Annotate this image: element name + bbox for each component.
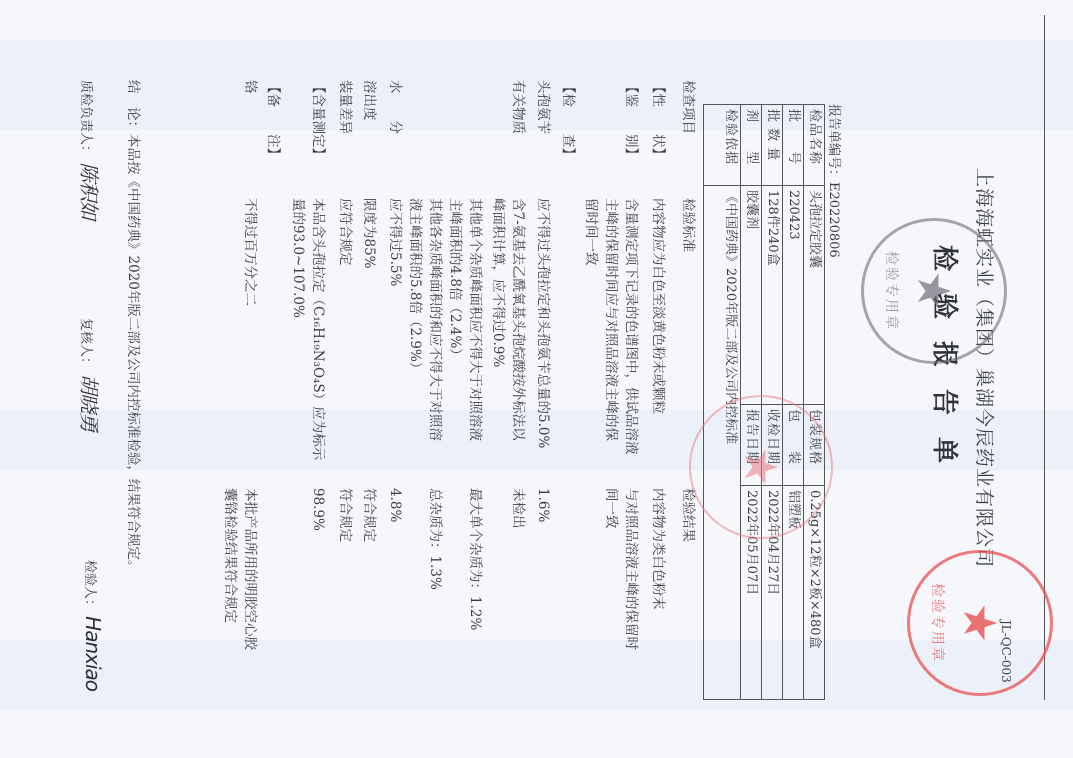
column-header-item: 检查项目 — [678, 80, 698, 134]
result-line: 与对照品溶液主峰的保留时 — [621, 488, 641, 650]
result-item-name: 头孢氨苄 — [533, 80, 553, 134]
inspector-signature-mark: Hanxiao — [81, 616, 105, 691]
info-value: 头孢拉定胶囊 — [804, 186, 825, 405]
result-value: 本批产品所用的明胶空心胶囊铬检验结果符合规定 — [220, 488, 260, 650]
standard-line: 峰面积计算，应不得过0.9% — [488, 198, 508, 441]
result-standard: 含7-氨基去乙酰氧基头孢烷酸按外标法以峰面积计算，应不得过0.9% — [488, 198, 528, 441]
result-value: 98.9% — [308, 488, 328, 531]
result-line: 内容物为类白色粉末 — [648, 488, 668, 610]
result-standard: 应符合规定 — [335, 198, 355, 266]
standard-line: 内容物应为白色至淡黄色粉末或颗粒 — [648, 198, 668, 414]
result-standard: 含量测定项下记录的色谱图中，供试品溶液主峰的保留时间应与对照品溶液主峰的保留时间… — [581, 198, 641, 455]
info-value: 220423 — [783, 186, 804, 405]
result-standard: 应不得过头孢拉定和头孢氨苄总量的5.0% — [533, 198, 553, 448]
star-icon: ★ — [738, 446, 784, 487]
result-value: 总杂质为：1.3% — [425, 488, 445, 590]
result-item-name: 【备 注】 — [263, 80, 283, 161]
conclusion-label: 结 论： — [125, 80, 141, 134]
qc-head-signature: 质检负责人： 陈积如 — [76, 80, 105, 219]
standard-line: 含7-氨基去乙酰氧基头孢烷酸按外标法以 — [508, 198, 528, 441]
result-item-name: 水 分 — [385, 80, 405, 134]
basis-label: 检验依据 — [704, 105, 741, 186]
result-value: 符合规定 — [359, 488, 379, 542]
result-value: 4.8% — [385, 488, 405, 522]
inspector-label: 检验人： — [82, 560, 97, 612]
result-item-name: 铬 — [240, 80, 260, 94]
result-line: 本批产品所用的明胶空心胶 — [240, 488, 260, 650]
reviewer-signature-mark: 胡晓勇 — [77, 374, 101, 431]
result-standard: 限度为85% — [359, 198, 379, 269]
info-row: 检品名称头孢拉定胶囊包装规格0.25g×12粒×2板×480盒 — [804, 105, 825, 700]
gray-stamp-label: 检验专用章 — [882, 251, 902, 331]
standard-line: 不得过百万分之二 — [240, 198, 260, 306]
result-value: 符合规定 — [335, 488, 355, 542]
red-stamp-label: 检验专用章 — [928, 583, 948, 663]
result-standard: 其他各杂质峰面积的和应不得大于对照溶液主峰面积的5.8倍（2.9%） — [405, 198, 445, 441]
inspection-report-page: JL-QC-003 上海海虹实业（集团）巢湖今辰药业有限公司 检验报告单 报告单… — [0, 0, 1073, 758]
qc-head-label: 质检负责人： — [78, 80, 93, 158]
conclusion: 结 论：本品按《中国药典》2020年版二部及公司内控标准检验，结果符合规定。 — [123, 80, 143, 573]
standard-line: 留时间一致 — [581, 198, 601, 455]
result-item-name: 【鉴 别】 — [621, 80, 641, 161]
info-label: 批 数 量 — [762, 105, 783, 186]
standard-line: 含量测定项下记录的色谱图中，供试品溶液 — [621, 198, 641, 455]
result-value: 未检出 — [508, 488, 528, 529]
standard-line: 主峰的保留时间应与对照品溶液主峰的保 — [601, 198, 621, 455]
result-standard: 本品含头孢拉定（C₁₆H₁₉N₃O₄S）应为标示量的93.0~107.0% — [288, 198, 328, 460]
gray-inspection-stamp: ★ 检验专用章 — [861, 218, 1007, 364]
standard-line: 限度为85% — [359, 198, 379, 269]
result-item-name: 【性 状】 — [648, 80, 668, 161]
star-icon: ★ — [911, 270, 957, 311]
company-name: 上海海虹实业（集团）巢湖今辰药业有限公司 — [972, 168, 999, 568]
result-line: 98.9% — [308, 488, 328, 531]
inspector-signature: 检验人： Hanxiao — [81, 560, 105, 691]
result-item-name: 溶出度 — [359, 80, 379, 121]
result-standard: 应不得过5.5% — [385, 198, 405, 286]
star-icon: ★ — [957, 602, 1003, 643]
standard-line: 其他各杂质峰面积的和应不得大于对照溶 — [425, 198, 445, 441]
result-line: 符合规定 — [335, 488, 355, 542]
result-item-name: 装量差异 — [335, 80, 355, 134]
result-item-name: 【检 查】 — [558, 80, 578, 161]
faint-red-stamp: ★ — [689, 395, 833, 539]
result-item-name: 有关物质 — [508, 80, 528, 134]
info-label: 剂 型 — [741, 105, 762, 186]
result-value: 内容物为类白色粉末 — [648, 488, 668, 610]
red-inspection-stamp: ★ 检验专用章 — [907, 550, 1053, 696]
standard-line: 其他单个杂质峰面积应不得大于对照溶液 — [465, 198, 485, 441]
standard-line: 主峰面积的4.8倍（2.4%） — [445, 198, 465, 441]
standard-line: 本品含头孢拉定（C₁₆H₁₉N₃O₄S）应为标示 — [308, 198, 328, 460]
reviewer-signature: 复核人： 胡晓勇 — [76, 318, 105, 431]
result-value: 1.6% — [533, 488, 553, 522]
info-value: 胶囊剂 — [741, 186, 762, 405]
result-line: 囊铬检验结果符合规定 — [220, 488, 240, 650]
result-value: 最大单个杂质为：1.2% — [465, 488, 485, 630]
info-label: 检品名称 — [804, 105, 825, 186]
info-value: 128件240盒 — [762, 186, 783, 405]
result-standard: 其他单个杂质峰面积应不得大于对照溶液主峰面积的4.8倍（2.4%） — [445, 198, 485, 441]
standard-line: 量的93.0~107.0% — [288, 198, 308, 460]
result-line: 总杂质为：1.3% — [425, 488, 445, 590]
result-line: 未检出 — [508, 488, 528, 529]
info-label: 批 号 — [783, 105, 804, 186]
report-number: 报告单编号：E20220806 — [826, 104, 845, 258]
report-number-label: 报告单编号： — [826, 104, 841, 182]
result-line: 间一致 — [601, 488, 621, 650]
column-header-standard: 检验标准 — [678, 198, 698, 252]
standard-line: 液主峰面积的5.8倍（2.9%） — [405, 198, 425, 441]
conclusion-text: 本品按《中国药典》2020年版二部及公司内控标准检验，结果符合规定。 — [125, 134, 141, 573]
result-line: 符合规定 — [359, 488, 379, 542]
result-standard: 内容物应为白色至淡黄色粉末或颗粒 — [648, 198, 668, 414]
result-line: 4.8% — [385, 488, 405, 522]
standard-line: 应符合规定 — [335, 198, 355, 266]
result-line: 最大单个杂质为：1.2% — [465, 488, 485, 630]
standard-line: 应不得过头孢拉定和头孢氨苄总量的5.0% — [533, 198, 553, 448]
qc-head-signature-mark: 陈积如 — [77, 162, 101, 219]
result-line: 1.6% — [533, 488, 553, 522]
result-standard: 不得过百万分之二 — [240, 198, 260, 306]
reviewer-label: 复核人： — [78, 318, 93, 370]
standard-line: 应不得过5.5% — [385, 198, 405, 286]
report-number-value: E20220806 — [826, 182, 841, 258]
result-value: 与对照品溶液主峰的保留时间一致 — [601, 488, 641, 650]
result-item-name: 【含量测定】 — [308, 80, 328, 161]
